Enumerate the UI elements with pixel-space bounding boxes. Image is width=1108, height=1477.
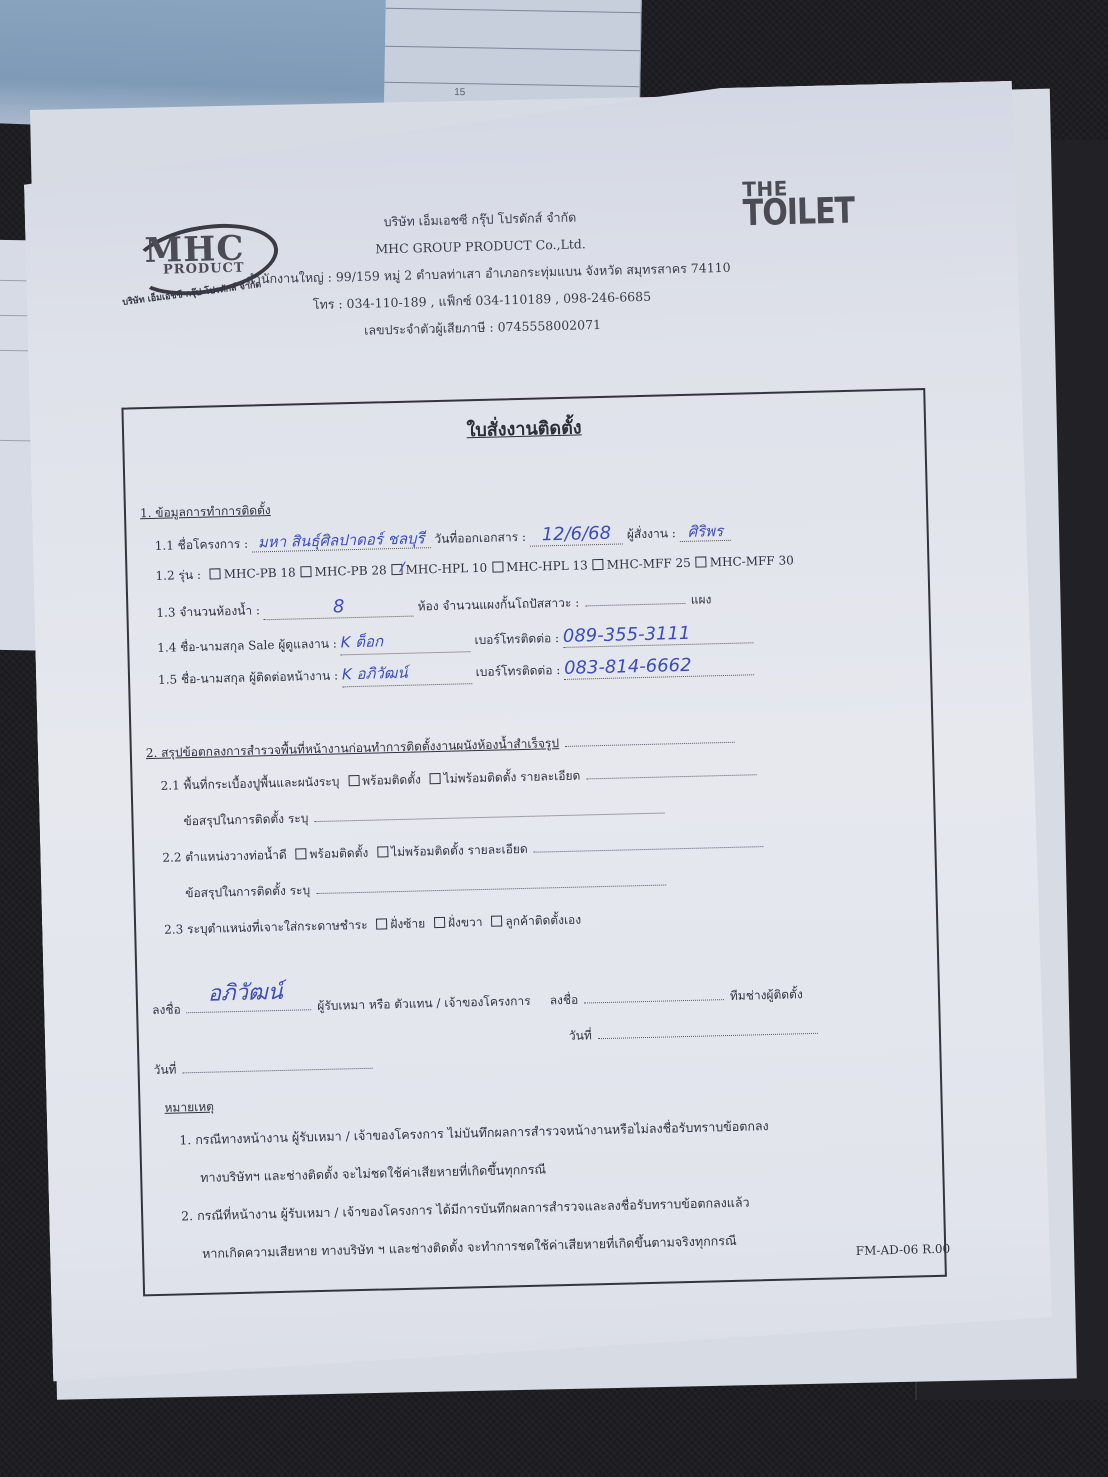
remark-2-cont: หากเกิดความเสียหาย ทางบริษัท ฯ และช่างติ… xyxy=(202,1231,737,1264)
issue-date-value[interactable]: 12/6/68 xyxy=(529,522,623,546)
the-toilet-brand-logo: THE TOILET xyxy=(742,177,854,230)
tile-conclusion-row: ข้อสรุปในการติดตั้ง ระบุ xyxy=(183,800,666,831)
contractor-date-field[interactable] xyxy=(182,1067,372,1074)
model-label: MHC-PB 18 xyxy=(224,565,296,581)
restroom-count-row: 1.3 จำนวนห้องน้ำ : 8 ห้อง จำนวนแผงกั้นโถ… xyxy=(156,587,711,623)
pipe-conclusion-field[interactable] xyxy=(316,884,666,895)
company-address: สำนักงานใหญ่ : 99/159 หมู่ 2 ตำบลท่าเสา … xyxy=(246,260,716,287)
form-box: ใบสั่งงานติดตั้ง 1. ข้อมูลการทำการติดตั้… xyxy=(121,388,946,1296)
form-code: FM-AD-06 R.00 xyxy=(856,1242,951,1258)
model-checkbox-0[interactable] xyxy=(210,568,221,579)
pipe-detail-field[interactable] xyxy=(534,845,764,853)
site-contact-name-value[interactable]: K อภิวัฒน์ xyxy=(342,659,473,687)
model-label: MHC-HPL 13 xyxy=(506,558,588,574)
logo-product-text: PRODUCT xyxy=(163,261,245,278)
model-checkbox-2[interactable] xyxy=(391,564,402,575)
sale-phone-value[interactable]: 089-355-3111 xyxy=(563,621,753,648)
paper-position-label: ฝั่งขวา xyxy=(448,915,487,930)
company-name-en: MHC GROUP PRODUCT Co.,Ltd. xyxy=(245,233,715,260)
restroom-count-value[interactable]: 8 xyxy=(264,595,414,621)
paper-position-label: ฝั่งซ้าย xyxy=(390,916,429,931)
sale-name-value[interactable]: K ต็อก xyxy=(340,627,471,655)
urinal-panels-field[interactable] xyxy=(585,602,685,606)
section1-heading: 1. ข้อมูลการทำการติดตั้ง xyxy=(140,501,271,523)
tile-not-ready-checkbox[interactable] xyxy=(430,773,441,784)
model-row: 1.2 รุ่น : MHC-PB 18MHC-PB 28MHC-HPL 10M… xyxy=(155,551,794,586)
remark-1: 1. กรณีทางหน้างาน ผู้รับเหมา / เจ้าของโค… xyxy=(179,1116,769,1150)
water-pipe-row: 2.2 ตำแหน่งวางท่อน้ำดี พร้อมติดตั้ง ไม่พ… xyxy=(162,834,765,868)
remarks-heading: หมายเหตุ xyxy=(164,1098,214,1118)
model-label: MHC-MFF 30 xyxy=(710,553,794,569)
paper-position-checkbox-0[interactable] xyxy=(376,918,387,929)
model-checkbox-5[interactable] xyxy=(696,556,707,567)
remark-2: 2. กรณีที่หน้างาน ผู้รับเหมา / เจ้าของโค… xyxy=(181,1193,750,1227)
installer-date-row: วันที่ xyxy=(569,1021,820,1046)
paper-position-label: ลูกค้าติดตั้งเอง xyxy=(505,913,581,929)
tile-readiness-row: 2.1 พื้นที่กระเบื้องปูพื้นและผนังระบุ พร… xyxy=(160,762,758,796)
pipe-not-ready-checkbox[interactable] xyxy=(377,846,388,857)
photo-scene: 15 MHC PRODUCT บริษัท เอ็มเอชซี กรุ๊ป โป… xyxy=(0,0,1108,1477)
tile-ready-checkbox[interactable] xyxy=(348,775,359,786)
company-tax-id: เลขประจำตัวผู้เสียภาษี : 0745558002071 xyxy=(247,314,717,341)
paper-position-checkbox-1[interactable] xyxy=(434,917,445,928)
model-checkbox-4[interactable] xyxy=(593,559,604,570)
paper-position-checkbox-2[interactable] xyxy=(491,916,502,927)
form-title: ใบสั่งงานติดตั้ง xyxy=(124,404,924,453)
model-label: MHC-PB 28 xyxy=(315,563,387,579)
model-checkbox-3[interactable] xyxy=(492,561,503,572)
remark-1-cont: ทางบริษัทฯ และช่างติดตั้ง จะไม่ชดใช้ค่าเ… xyxy=(200,1160,546,1188)
pipe-ready-checkbox[interactable] xyxy=(295,848,306,859)
site-contact-phone-value[interactable]: 083-814-6662 xyxy=(564,653,754,680)
toilet-paper-position-row: 2.3 ระบุตำแหน่งที่เจาะใส่กระดาษชำระ ฝั่ง… xyxy=(164,911,581,940)
contractor-date-row: วันที่ xyxy=(153,1056,374,1080)
project-name-value[interactable]: มหา สินธุ์ศิลปาดอร์ ชลบุรี xyxy=(252,529,431,552)
model-label: MHC-MFF 25 xyxy=(607,556,691,572)
installer-date-field[interactable] xyxy=(598,1032,818,1039)
company-name-thai: บริษัท เอ็มเอชซี กรุ๊ป โปรดักส์ จำกัด xyxy=(245,206,715,233)
section2-heading: 2. สรุปข้อตกลงการสำรวจพื้นที่หน้างานก่อน… xyxy=(146,730,737,763)
tile-conclusion-field[interactable] xyxy=(314,812,664,823)
model-checkbox-1[interactable] xyxy=(301,566,312,577)
contractor-signature-field[interactable] xyxy=(187,1008,312,1013)
company-phone: โทร : 034-110-189 , แฟ็กซ์ 034-110189 , … xyxy=(247,287,717,314)
ordered-by-value[interactable]: ศิริพร xyxy=(679,522,731,542)
site-contact-row: 1.5 ชื่อ-นามสกุล ผู้ติดต่อหน้างาน : K อภ… xyxy=(158,652,755,692)
project-row: 1.1 ชื่อโครงการ : มหา สินธุ์ศิลปาดอร์ ชล… xyxy=(154,519,731,557)
model-label: MHC-HPL 10 xyxy=(405,561,487,577)
pipe-conclusion-row: ข้อสรุปในการติดตั้ง ระบุ xyxy=(185,872,668,903)
installer-signature-field[interactable] xyxy=(584,998,724,1003)
tile-detail-field[interactable] xyxy=(586,773,756,779)
installation-order-document: MHC PRODUCT บริษัท เอ็มเอชซี กรุ๊ป โปรดั… xyxy=(22,81,1054,1435)
company-header: บริษัท เอ็มเอชซี กรุ๊ป โปรดักส์ จำกัด MH… xyxy=(245,206,718,352)
